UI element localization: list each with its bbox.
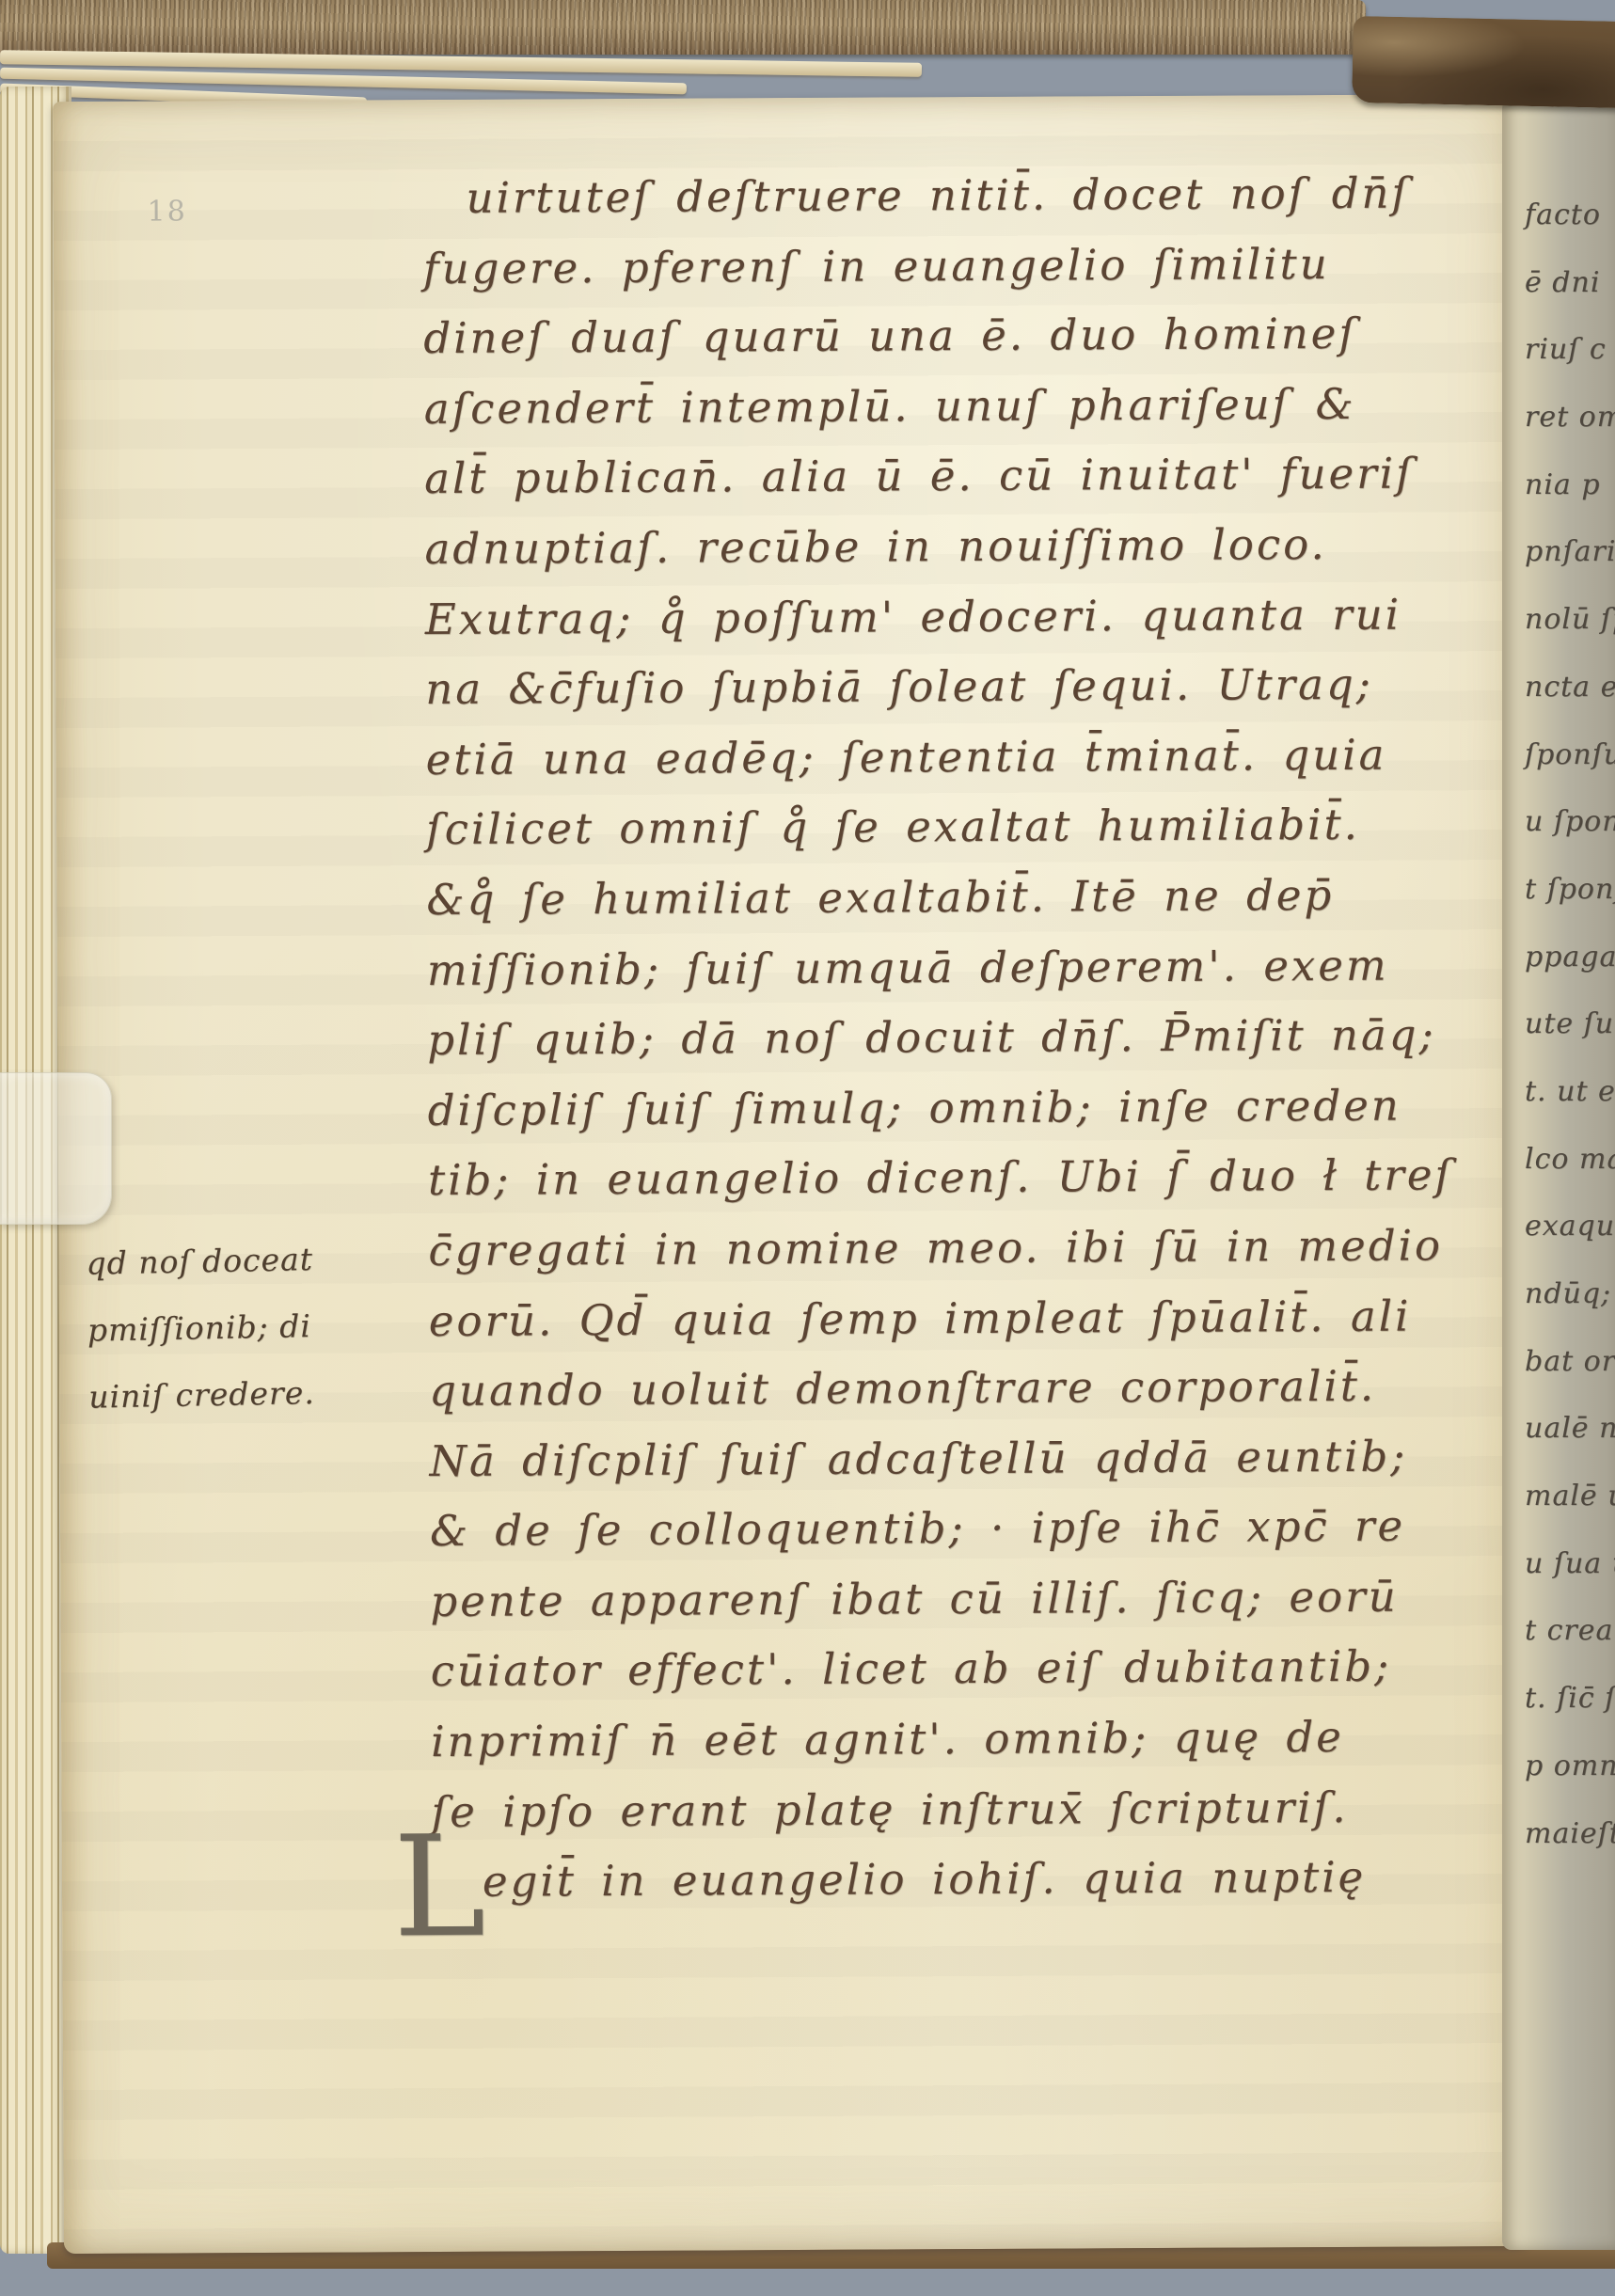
manuscript-line: inprimiſ n̄ eēt agnit'. omnib; quę de [431, 1711, 1456, 1786]
manuscript-line: Nā diſcpliſ ſuiſ adcaſtellū qddā euntib; [429, 1431, 1454, 1506]
facing-page-line: ualē nou [1525, 1412, 1615, 1480]
manuscript-line: & de ſe colloquentib; · ipſe ihc̄ xpc̄ r… [430, 1501, 1455, 1576]
main-text-block: uirtuteſ deſtruere nitit̄. docet noſ dn̄… [422, 167, 1457, 1927]
manuscript-line: eorū. Qd̄ quia ſemp impleat ſpūalit̄. al… [429, 1291, 1454, 1366]
facing-page-line: ncta e [1525, 671, 1615, 738]
manuscript-line: na &c̄fuſio ſupbiā ſoleat ſequi. Utraq; [425, 659, 1450, 735]
initial-letter: L [393, 1817, 486, 1957]
manuscript-line: ſe ipſo erant platę inſtrux̄ ſcripturiſ. [431, 1781, 1456, 1857]
margin-note-line: pmiſſionib; di [87, 1292, 315, 1364]
manuscript-line: pliſ quib; dā noſ docuit dn̄ſ. P̄miſit n… [427, 1009, 1452, 1085]
manuscript-line: ſcilicet omniſ q̊ ſe exaltat humiliabit̄… [426, 800, 1451, 875]
facing-page-line: lco ma [1525, 1143, 1615, 1211]
facing-page-line: ſponſu [1525, 738, 1615, 806]
manuscript-line: cūiator effect'. licet ab eiſ dubitantib… [431, 1641, 1456, 1717]
manuscript-line: Exutraq; q̊ poſſum' edoceri. quanta rui [425, 589, 1450, 664]
facing-page-line: ret om [1525, 401, 1615, 468]
facing-page-text: factoē dniriuſ cret omnia ppnſarinolū ſp… [1525, 198, 1615, 1884]
facing-page-line: bat ort' ab [1525, 1345, 1615, 1413]
manuscript-line: uirtuteſ deſtruere nitit̄. docet noſ dn̄… [422, 167, 1448, 243]
facing-page-line: riuſ c [1525, 333, 1615, 401]
margin-note: qd noſ doceatpmiſſionib; diuiniſ credere… [86, 1226, 317, 1431]
facing-page-line: nolū ſp [1525, 603, 1615, 671]
manuscript-page: 18 uirtuteſ deſtruere nitit̄. docet noſ … [53, 94, 1539, 2254]
facing-page-line: t ſponſ [1525, 873, 1615, 941]
facing-page-line: ē dni [1525, 266, 1615, 334]
facing-page-line: facto [1525, 198, 1615, 266]
folio-number: 18 [148, 195, 187, 228]
facing-page-line: nia p [1525, 468, 1615, 536]
manuscript-line: pente apparenſ ibat cū illiſ. ſicq; eorū [430, 1571, 1455, 1646]
facing-page-line: maieſtate ſu [1525, 1817, 1615, 1885]
manuscript-line: egit̄ in euangelio iohiſ. quia nuptię [432, 1852, 1457, 1927]
facing-page-line: malē ue [1525, 1480, 1615, 1547]
manuscript-line: diſcpliſ ſuiſ ſimulq; omnib; inſe creden [428, 1080, 1453, 1155]
facing-page-line: t creaturi [1525, 1614, 1615, 1682]
book-cover-corner [1352, 16, 1615, 108]
facing-page-line: t. ſic̄ ſol & [1525, 1682, 1615, 1750]
facing-page-sliver: factoē dniriuſ cret omnia ppnſarinolū ſp… [1502, 94, 1615, 2250]
bookmark-tab [0, 1072, 112, 1225]
manuscript-line: miſſionib; ſuiſ umquā deſperem'. exem [427, 940, 1452, 1015]
manuscript-line: quando uoluit demonſtrare corporalit̄. [429, 1360, 1454, 1435]
facing-page-line: p omnē t̄r [1525, 1750, 1615, 1817]
facing-page-line: exaqua [1525, 1210, 1615, 1277]
manuscript-line: &q̊ ſe humiliat exaltabit̄. Itē ne dep̄ [426, 869, 1451, 944]
manuscript-photo: 18 uirtuteſ deſtruere nitit̄. docet noſ … [0, 0, 1615, 2296]
facing-page-line: t. ut e [1525, 1075, 1615, 1143]
manuscript-line: aſcendert̄ intemplū. unuſ phariſeuſ & [424, 378, 1449, 453]
facing-page-line: ute ſu [1525, 1007, 1615, 1075]
manuscript-line: dineſ duaſ quarū una ē. duo homineſ [423, 309, 1449, 384]
margin-note-line: qd noſ doceat [86, 1226, 314, 1297]
facing-page-line: u ſua uelu [1525, 1547, 1615, 1615]
manuscript-line: adnuptiaſ. recūbe in nouiſſimo loco. [424, 518, 1449, 594]
book-head-edge [0, 0, 1366, 55]
facing-page-line: ppaga [1525, 941, 1615, 1008]
facing-page-line: pnſari [1525, 535, 1615, 603]
margin-note-line: uiniſ credere. [88, 1359, 317, 1431]
manuscript-line: tib; in euangelio dicenſ. Ubi ſ̄ duo ł t… [428, 1150, 1453, 1226]
facing-page-line: ndūq; nim [1525, 1277, 1615, 1345]
manuscript-line: c̄gregati in nomine meo. ibi ſū in medio [428, 1220, 1453, 1295]
facing-page-line: u ſpon [1525, 805, 1615, 873]
manuscript-line: fugere. pferenſ in euangelio ſimilitu [423, 238, 1449, 313]
manuscript-line: etiā una eadēq; ſententia t̄minat̄. quia [426, 729, 1451, 804]
manuscript-line: alt̄ publican̄. alia ū ē. cū inuitat' fu… [424, 449, 1449, 524]
